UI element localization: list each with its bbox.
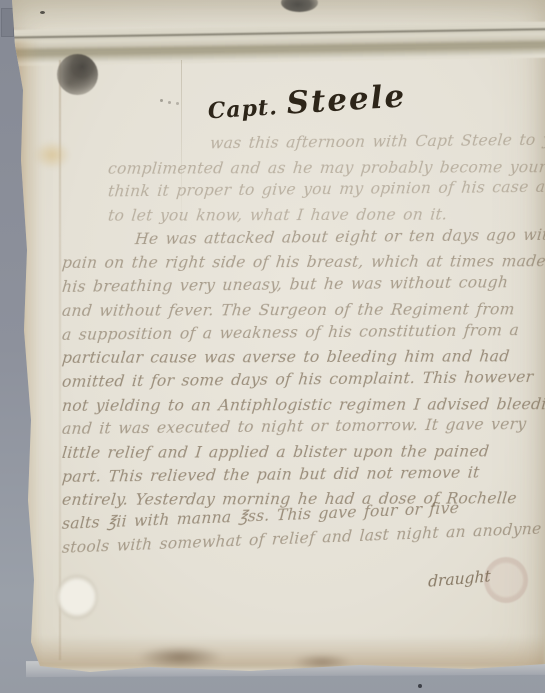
bottom-edge-toning [28,636,545,668]
letter-body: was this afternoon with Capt Steele to y… [62,134,514,574]
docket-prefix: Capt. [207,94,278,124]
bottom-smudge-large [138,646,222,668]
backing-sheet-tab [1,8,14,37]
letter-line: He was attacked about eight or ten days … [61,224,515,252]
docket-name: Steele [286,78,408,121]
letter-line: omitted it for some days of his complain… [61,366,515,394]
left-edge-toning [13,40,41,665]
letter-line: and it was executed to night or tomorrow… [61,414,515,442]
ink-blot-left [57,54,98,95]
letter-line: was this afternoon with Capt Steele to y… [61,129,515,157]
letter-line: a supposition of a weakness of his const… [61,319,515,347]
letter-line: part. This relieved the pain but did not… [61,461,515,489]
letter-line: his breathing very uneasy, but he was wi… [61,271,515,299]
letter-page: Capt. Steele was this afternoon with Cap… [0,0,545,693]
top-edge-speck [40,11,45,14]
backing-speck [418,684,422,688]
embossed-seal-mark [56,574,98,620]
ink-specks [160,99,163,102]
manuscript-photo: Capt. Steele was this afternoon with Cap… [0,0,545,693]
letter-line: think it proper to give you my opinion o… [61,177,515,205]
